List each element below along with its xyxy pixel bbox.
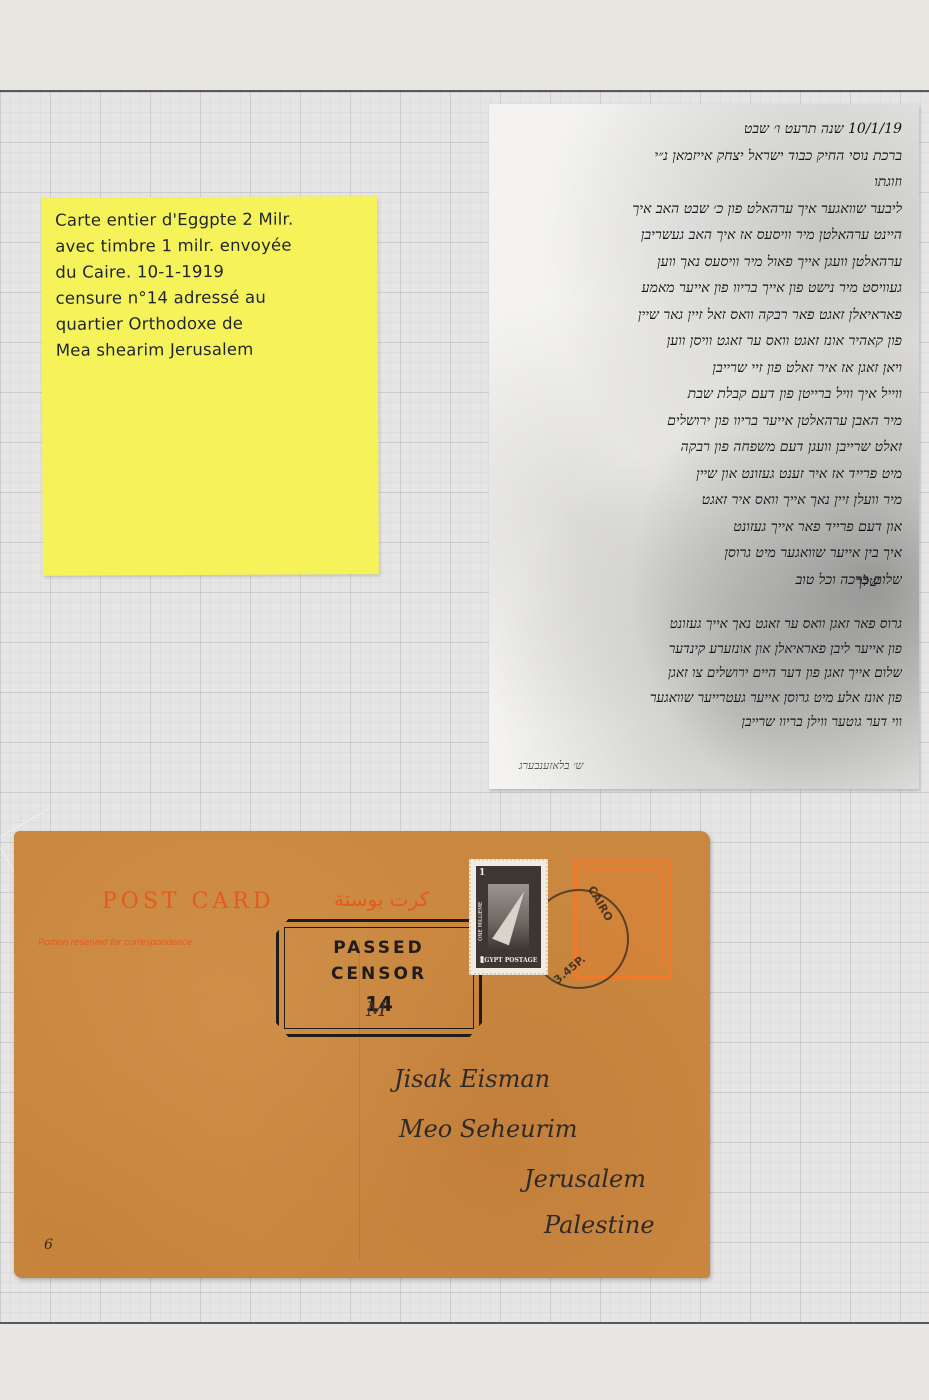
postcard-corner-mark: 6: [44, 1237, 53, 1253]
censor-line-passed: PASSED: [279, 938, 479, 958]
letter-line: פון קאהיר אונז זאגט וואס ער זאגט וויסן ו…: [507, 328, 902, 355]
letter-line: מיר האבן ערהאלטן אייער בריוו פון ירושלים: [507, 408, 902, 435]
sail-icon: [492, 887, 530, 946]
letter-line: געוויסט מיר נישט פון אייך בריוו פון אייע…: [507, 275, 902, 302]
sticky-note-line: quartier Orthodoxe de: [56, 310, 371, 338]
letter-line: ווייל איך וויל ברייטן פון דעם קבלת שבת: [507, 381, 902, 408]
sticky-note: Carte entier d'Eggpte 2 Milr. avec timbr…: [41, 196, 379, 576]
album-page-top-margin: [0, 0, 929, 90]
letter-line: מיט פרייד אז איר זענט געזונט און שיין: [507, 461, 902, 488]
album-page-bottom-margin: [0, 1324, 929, 1400]
letter-line: מיר וועלן זיין נאך אייך וואס איר זאגט: [507, 487, 902, 514]
address-line-quarter: Meo Seheurim: [399, 1115, 578, 1143]
letter-line: און דעם פרייד פאר אייך געזונט: [507, 514, 902, 541]
postcard-title: POST CARD: [102, 889, 275, 914]
letter-line: ערהאלטן וועגן אייך פאול מיר וויסעס נאך ו…: [507, 249, 902, 276]
stamp-frame: ONE MILLIEME EGYPT POSTAGE 1 1: [476, 866, 541, 968]
postcard-reserved-text: Portion reserved for correspondence: [38, 937, 192, 948]
letter-postscript: גרוס פאר זאגן וואס ער זאגט נאך אייך געזו…: [507, 612, 902, 735]
letter-postscript-line: פון אונז אלע מיט גרוסן אייער געטרייער שו…: [507, 686, 902, 711]
letter-postscript-line: גרוס פאר זאגן וואס ער זאגט נאך אייך געזו…: [507, 612, 902, 637]
letter-line: ויאן זאגן אז איר זאלט פון זיי שרייבן: [507, 355, 902, 382]
letter-postscript-line: ווי דער גוטער ווילן בריוו שרייבן: [507, 710, 902, 735]
postcard-title-arabic: كرت بوستة: [334, 887, 429, 911]
letter-footer-note: ש׳ בלאזענבערג: [519, 759, 583, 772]
handwritten-letter-copy: 10/1/19 שנה תרעט ו׳ שבט ברכת נוסי החיק כ…: [489, 104, 919, 789]
letter-line: פאראיאלן זאגט פאר רבקה וואס זאל זיין גאר…: [507, 302, 902, 329]
sticky-note-line: avec timbre 1 milr. envoyée: [55, 232, 370, 260]
sticky-note-line: Mea shearim Jerusalem: [56, 336, 371, 364]
sticky-note-line: du Caire. 10-1-1919: [55, 258, 370, 286]
letter-line: וזוגתו: [507, 169, 902, 196]
censor-line-censor: CENSOR: [279, 964, 479, 984]
sticky-note-line: censure n°14 adressé au: [55, 284, 370, 312]
letter-postscript-line: פון אייער ליבן פאראיאלן און אונזערע קינד…: [507, 637, 902, 662]
felucca-boat-picture: [488, 884, 529, 950]
sticky-note-line: Carte entier d'Eggpte 2 Milr.: [55, 206, 370, 234]
letter-line: ליבער שוואגער איך ערהאלט פון כ׳ שבט האב …: [507, 196, 902, 223]
letter-signature: שלך: [856, 574, 879, 591]
egypt-postcard: POST CARD كرت بوستة Portion reserved for…: [14, 831, 710, 1278]
postmark-time: 3.45P.: [551, 953, 588, 987]
letter-line: זאלט שרייבן וועגן דעם משפחה פון רבקה: [507, 434, 902, 461]
letter-date-line: 10/1/19 שנה תרעט ו׳ שבט: [507, 116, 902, 143]
letter-line: איך בין אייער שוואגער מיט גרוסן: [507, 540, 902, 567]
address-line-country: Palestine: [544, 1211, 655, 1239]
stamp-bottom-text: EGYPT POSTAGE: [476, 957, 541, 964]
one-millieme-stamp: ONE MILLIEME EGYPT POSTAGE 1 1: [469, 859, 548, 975]
censor-initials: M: [366, 997, 386, 1021]
stamp-value-top: 1: [479, 868, 485, 878]
letter-body: 10/1/19 שנה תרעט ו׳ שבט ברכת נוסי החיק כ…: [507, 116, 902, 593]
stamp-value-bottom: 1: [479, 956, 485, 966]
address-line-name: Jisak Eisman: [394, 1065, 550, 1093]
letter-line: ברכת נוסי החיק כבוד ישראל יצחק אייזמאן נ…: [507, 143, 902, 170]
letter-line: היינט ערהאלטן מיר וויסעס אז איך האב געשר…: [507, 222, 902, 249]
letter-postscript-line: שלום אייך זאגן פון דער היים ירושלים צו ז…: [507, 661, 902, 686]
address-line-city: Jerusalem: [524, 1165, 646, 1193]
stamp-side-text: ONE MILLIEME: [478, 886, 488, 956]
letter-line: שלום ברכה וכל טוב: [507, 567, 902, 594]
sticky-note-text: Carte entier d'Eggpte 2 Milr. avec timbr…: [55, 206, 371, 364]
